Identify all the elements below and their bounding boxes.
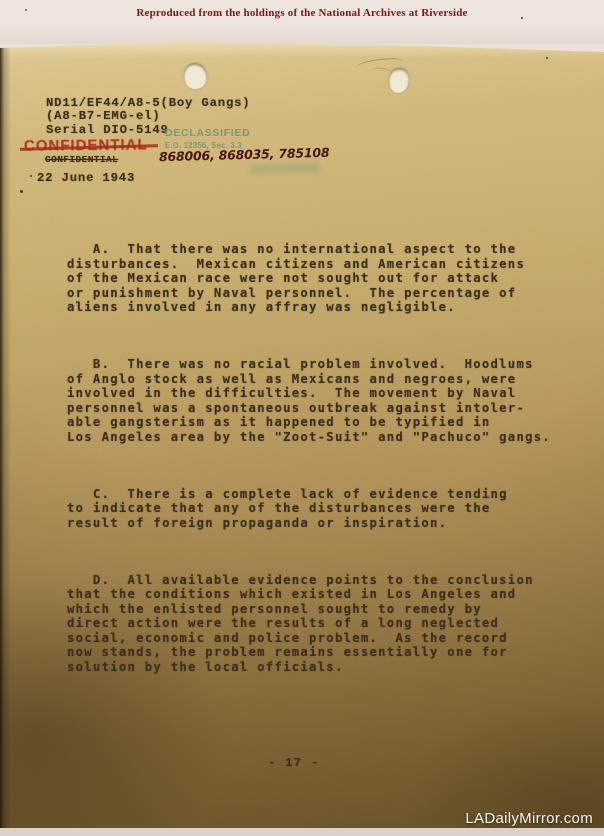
document-body: A. That there was no international aspec… [67, 206, 551, 717]
aged-paper-page: ND11/EF44/A8-5(Boy Gangs) (A8-B7-EMG-el)… [0, 42, 604, 828]
page-number: - 17 - [268, 756, 319, 770]
dust-speck [25, 9, 27, 11]
paragraph-d: D. All available evidence points to the … [67, 573, 551, 675]
declassified-stamp: DECLASSIFIED [165, 127, 250, 139]
paragraph-a: A. That there was no international aspec… [67, 242, 551, 315]
paragraph-c: C. There is a complete lack of evidence … [67, 487, 551, 531]
paragraph-b: B. There was no racial problem involved.… [67, 357, 551, 444]
archive-provenance-header: Reproduced from the holdings of the Nati… [0, 7, 604, 19]
paper-left-edge-shadow [0, 42, 12, 828]
torn-punch-hole [184, 63, 207, 89]
confidential-typed-crossed-out: CONFIDENTIAL [45, 154, 118, 165]
document-date: 22 June 1943 [37, 171, 135, 185]
dust-speck [546, 57, 548, 59]
document-scan: Reproduced from the holdings of the Nati… [0, 0, 604, 836]
dust-speck [521, 17, 523, 19]
watermark-site-credit: LADailyMirror.com [465, 810, 593, 827]
dust-speck [30, 175, 32, 177]
dust-speck [20, 190, 23, 193]
